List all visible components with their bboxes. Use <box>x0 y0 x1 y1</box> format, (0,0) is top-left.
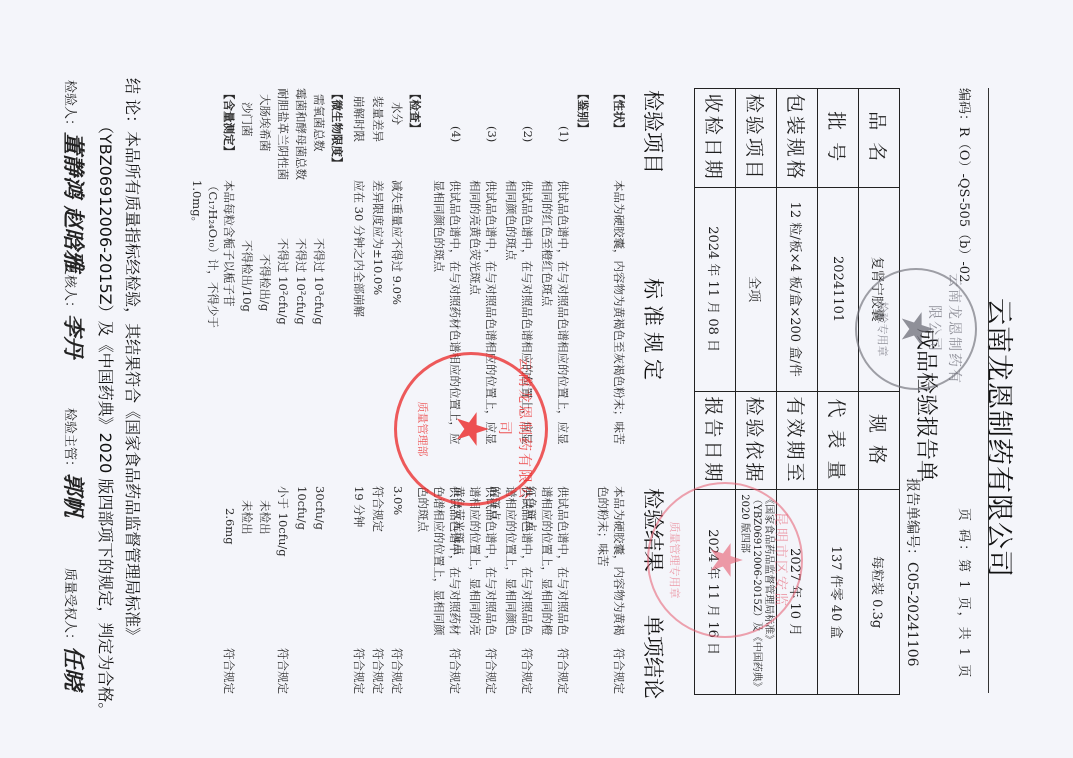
conclusion-text: 符合规定 <box>275 648 291 694</box>
col-header-conclusion: 单项结论 <box>639 615 669 699</box>
result-text: 未检出 <box>239 500 255 650</box>
reviewer-signature: 复核人：李丹 <box>59 262 90 358</box>
label-basis: 检验依据 <box>736 391 777 490</box>
table-row: 沙门菌 不得检出/10g 未检出 <box>237 88 255 698</box>
standard-text: 本品为硬胶囊，内容物为黄褐色至灰褐色粉末；味苦 <box>611 180 627 450</box>
conclusion-text: 符合规定 <box>483 648 499 694</box>
section-identification: 【鉴别】 <box>575 88 591 134</box>
value-test-items: 全项 <box>736 187 777 391</box>
value-packaging: 12 粒/板×4 板/盒×200 盒/件 <box>777 187 818 391</box>
item-text: 崩解时限 <box>351 96 367 142</box>
page-info: 页 码：第 1 页，共 1 页 <box>956 508 975 679</box>
item-text: 沙门菌 <box>239 102 255 137</box>
conclusion-text: 符合规定 <box>611 648 627 694</box>
table-row: 品 名 复肾宁胶囊 规 格 每粒装 0.3g <box>859 89 900 695</box>
inspector-signature: 检验人：董静鸿 赵晗雅 <box>59 80 90 272</box>
result-text: 未检出 <box>257 500 273 650</box>
conclusion-text-1: 本品所有质量指标经检验，其结果符合《国家食品药品监督管理局标准》 <box>123 131 142 643</box>
item-text: (3) <box>485 126 499 142</box>
label-report-date: 报告日期 <box>695 391 736 490</box>
label-test-items: 检验项目 <box>736 89 777 188</box>
result-text: 30cfu/g <box>313 486 327 636</box>
section-inspection: 【检查】 <box>407 88 423 134</box>
table-row: 【含量测定】 本品每粒含栀子以栀子苷（C₁₇H₂₄O₁₀）计，不得少于 1.0m… <box>201 88 237 698</box>
result-text: 2.6mg <box>223 508 237 658</box>
standard-text: 差异限度应为±10.0% <box>370 180 386 450</box>
item-text: 水分 <box>389 102 405 125</box>
stamp-subtext: 质量管理部 <box>415 355 431 503</box>
table-row: 需氧菌总数 不得过 10³cfu/g 30cfu/g <box>309 88 327 698</box>
supervisor-label: 检验主管： <box>62 408 77 473</box>
standard-text: 不得过 10²cfu/g <box>275 238 291 508</box>
section-appearance: 【性状】 <box>611 88 627 134</box>
star-icon: ★ <box>449 409 493 448</box>
table-row: 崩解时限 应在 30 分钟之内全部崩解 19 分钟 符合规定 <box>345 88 367 698</box>
standard-text: 不得检出/g <box>257 254 273 524</box>
conclusion-line-1: 结 论：本品所有质量指标经检验，其结果符合《国家食品药品监督管理局标准》 <box>122 78 145 643</box>
section-assay: 【含量测定】 <box>221 88 237 157</box>
item-text: 装量差异 <box>370 96 386 142</box>
conclusion-text-2: （YBZ06912006-2015Z）及《中国药典》2020 版四部项下的规定，… <box>95 118 118 718</box>
authorized-sign: 任晓 <box>60 646 86 690</box>
standard-text: 不得过 10²cfu/g <box>293 238 309 508</box>
item-text: (2) <box>521 126 535 142</box>
value-received-date: 2024 年 11 月 08 日 <box>695 187 736 391</box>
star-icon: ★ <box>703 540 747 579</box>
result-text: 小于 10cfu/g <box>275 486 291 636</box>
label-packaging: 包装规格 <box>777 89 818 188</box>
section-microbial: 【微生物限度】 <box>329 88 345 169</box>
conclusion-text: 符合规定 <box>221 648 237 694</box>
value-quantity: 137 件零 40 盒 <box>818 490 859 695</box>
authorized-signature: 质量受权人：任晓 <box>59 568 90 690</box>
result-text: 符合规定 <box>370 486 386 636</box>
item-text: 需氧菌总数 <box>311 94 327 152</box>
authorized-label: 质量受权人： <box>62 568 77 646</box>
result-text: 本品为硬胶囊，内容物为黄褐色的粉末；味苦 <box>595 486 627 636</box>
label-batch: 批 号 <box>818 89 859 188</box>
inspection-stamp: 云南龙恩制药有限公司 ★ 检验专用章 <box>855 268 977 390</box>
label-product-name: 品 名 <box>859 89 900 188</box>
document-code: 编码：R（O）-QS-505（b）-02 <box>956 88 975 282</box>
table-row: 大肠埃希菌 不得检出/g 未检出 <box>255 88 273 698</box>
conclusion-text: 符合规定 <box>370 648 386 694</box>
standard-text: 不得过 10³cfu/g <box>311 238 327 508</box>
stamp-text: 云南龙恩制药有限公司 <box>495 355 535 503</box>
section-row: 【鉴别】 <box>571 88 591 698</box>
item-text: 耐胆盐革兰阴性菌 <box>275 88 291 180</box>
standard-text: 应在 30 分钟之内全部崩解 <box>351 180 367 450</box>
conclusion-text: 符合规定 <box>519 648 535 694</box>
stamp-text: 云南龙恩制药有限公司 <box>925 270 965 388</box>
standard-text: 不得检出/10g <box>239 240 255 510</box>
stamp-subtext: 检验专用章 <box>875 270 891 388</box>
test-report-page: 云南龙恩制药有限公司 编码：R（O）-QS-505（b）-02 页 码：第 1 … <box>0 0 1073 758</box>
col-header-item: 检验项目 <box>639 90 669 174</box>
supervisor-signature: 检验主管：郭帆 <box>59 408 90 517</box>
stamp-subtext: 质量管理专用章 <box>667 484 683 636</box>
header-rule <box>988 88 989 693</box>
reviewer-label: 复核人： <box>62 262 77 314</box>
value-spec: 每粒装 0.3g <box>859 490 900 695</box>
report-number: 报告单编号：C05-20241106 <box>903 478 923 667</box>
item-text: 大肠埃希菌 <box>257 94 273 152</box>
table-row: 【性状】 本品为硬胶囊，内容物为黄褐色至灰褐色粉末；味苦 本品为硬胶囊，内容物为… <box>591 88 627 698</box>
label-spec: 规 格 <box>859 391 900 490</box>
reviewer-sign: 李丹 <box>60 314 86 358</box>
result-text: 10cfu/g <box>295 486 309 636</box>
section-row: 【微生物限度】 <box>327 88 345 698</box>
stamp-text: 昆明市区安监 <box>771 484 791 636</box>
conclusion-text: 符合规定 <box>555 648 571 694</box>
table-row: 批 号 20241101 代 表 量 137 件零 40 盒 <box>818 89 859 695</box>
item-text: 霉菌和酵母菌总数 <box>293 88 309 180</box>
table-row: 装量差异 差异限度应为±10.0% 符合规定 符合规定 <box>367 88 386 698</box>
label-quantity: 代 表 量 <box>818 391 859 490</box>
col-header-standard: 标准规定 <box>639 278 669 386</box>
table-row: (1) 供试品色谱中，在与对照品色谱相应的位置上，应显相同的红色至橙红色斑点 供… <box>535 88 571 698</box>
inspector-sign: 董静鸿 赵晗雅 <box>60 132 86 272</box>
result-text: 3.0% <box>391 486 405 636</box>
table-row: 霉菌和酵母菌总数 不得过 10²cfu/g 10cfu/g <box>291 88 309 698</box>
conclusion-text: 符合规定 <box>447 648 463 694</box>
item-text: (4) <box>449 126 463 142</box>
value-batch: 20241101 <box>818 187 859 391</box>
standard-text: 本品每粒含栀子以栀子苷（C₁₇H₂₄O₁₀）计，不得少于 1.0mg。 <box>189 180 237 370</box>
conclusion-label: 结 论： <box>123 78 142 131</box>
supervisor-sign: 郭帆 <box>60 473 86 517</box>
item-text: (1) <box>557 126 571 142</box>
result-text: 19 分钟 <box>351 486 367 636</box>
label-expiry: 有效期至 <box>777 391 818 490</box>
regulator-stamp: 昆明市区安监 ★ 质量管理专用章 <box>647 482 803 638</box>
table-row: 耐胆盐革兰阴性菌 不得过 10²cfu/g 小于 10cfu/g 符合规定 <box>273 88 291 698</box>
inspector-label: 检验人： <box>62 80 77 132</box>
quality-department-stamp: 云南龙恩制药有限公司 ★ 质量管理部 <box>394 352 548 506</box>
conclusion-text: 符合规定 <box>351 648 367 694</box>
label-received-date: 收检日期 <box>695 89 736 188</box>
conclusion-text: 符合规定 <box>389 648 405 694</box>
